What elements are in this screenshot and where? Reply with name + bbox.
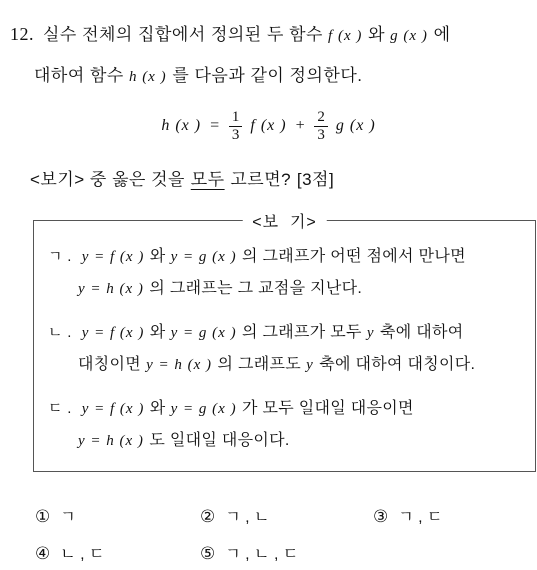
math-run: y	[306, 357, 314, 373]
bogi-item-digeut: ㄷ .y = f (x )와y = g (x )가 모두 일대일 대응이면 y …	[48, 393, 527, 457]
choice-circled-number: ①	[35, 507, 50, 526]
math-run: y = f (x )	[82, 401, 145, 417]
item-line: 대칭이면y = h (x )의 그래프도y축에 대하여 대칭이다.	[78, 349, 527, 381]
bogi-item-nieun: ㄴ .y = f (x )와y = g (x )의 그래프가 모두y축에 대하여…	[48, 317, 527, 381]
underlined-text: 모두	[191, 170, 225, 189]
choice-text: ㄱ , ㄴ	[225, 509, 269, 526]
fraction-two-thirds: 2 3	[314, 109, 328, 144]
fraction-numerator: 2	[314, 109, 328, 127]
item-line: ㄱ .y = f (x )와y = g (x )의 그래프가 어떤 점에서 만나…	[48, 241, 527, 273]
item-line: ㄴ .y = f (x )와y = g (x )의 그래프가 모두y축에 대하여	[48, 317, 527, 349]
question-line-2: 대하여 함수h (x )를 다음과 같이 정의한다.	[34, 56, 531, 97]
math-run: y = g (x )	[171, 325, 237, 341]
choice-text: ㄱ	[60, 509, 75, 526]
question-line-1: 12.실수 전체의 집합에서 정의된 두 함수f (x )와g (x )에	[10, 14, 531, 56]
item-label: ㄱ .	[48, 248, 72, 265]
item-text: y = h (x )도 일대일 대응이다.	[78, 432, 290, 449]
bogi-box: <보 기> ㄱ .y = f (x )와y = g (x )의 그래프가 어떤 …	[33, 220, 536, 472]
text-run: 와	[150, 324, 166, 341]
choice-text: ㄱ , ㄷ	[398, 509, 442, 526]
choice-circled-number: ⑤	[200, 544, 215, 563]
choice-3: ③ㄱ , ㄷ	[373, 504, 537, 527]
plus-sign: +	[295, 117, 307, 135]
math-run: h (x )	[129, 69, 167, 85]
text-run: 축에 대하여 대칭이다.	[319, 356, 475, 373]
fraction-denominator: 3	[314, 127, 328, 144]
item-label: ㄴ .	[48, 324, 72, 341]
text-run: 의 그래프가 어떤 점에서 만나면	[242, 248, 466, 265]
bogi-item-giyeok: ㄱ .y = f (x )와y = g (x )의 그래프가 어떤 점에서 만나…	[48, 241, 527, 305]
math-run: f (x )	[328, 28, 362, 44]
question-line2-text: 대하여 함수h (x )를 다음과 같이 정의한다.	[34, 66, 362, 85]
formula-lhs: h (x )	[161, 117, 201, 135]
formula-term-f: f (x )	[250, 117, 286, 135]
math-run: y = f (x )	[82, 325, 145, 341]
choice-5: ⑤ㄱ , ㄴ , ㄷ	[200, 541, 373, 564]
text-run: 의 그래프는 그 교점을 지난다.	[149, 280, 362, 297]
math-run: y = f (x )	[82, 249, 145, 265]
text-run: 와	[368, 25, 385, 44]
fraction-denominator: 3	[229, 127, 243, 144]
item-text: y = f (x )와y = g (x )가 모두 일대일 대응이면	[82, 400, 414, 417]
item-text: y = f (x )와y = g (x )의 그래프가 어떤 점에서 만나면	[82, 248, 466, 265]
definition-formula: h (x ) = 1 3 f (x ) + 2 3 g (x )	[0, 103, 537, 149]
choice-text: ㄴ , ㄷ	[60, 546, 104, 563]
text-run: 대칭이면	[78, 356, 141, 373]
math-run: y = g (x )	[171, 249, 237, 265]
fraction-numerator: 1	[229, 109, 243, 127]
choice-circled-number: ④	[35, 544, 50, 563]
math-run: g (x )	[390, 28, 428, 44]
choice-circled-number: ②	[200, 507, 215, 526]
formula-term-g: g (x )	[336, 117, 376, 135]
item-text: 대칭이면y = h (x )의 그래프도y축에 대하여 대칭이다.	[78, 356, 475, 373]
text-run: 와	[150, 400, 166, 417]
text-run: 의 그래프도	[218, 356, 302, 373]
choice-4: ④ㄴ , ㄷ	[35, 541, 200, 564]
item-label: ㄷ .	[48, 400, 72, 417]
question-stem: 12.실수 전체의 집합에서 정의된 두 함수f (x )와g (x )에 대하…	[10, 14, 531, 97]
choice-1: ①ㄱ	[35, 504, 200, 527]
choice-text: ㄱ , ㄴ , ㄷ	[225, 546, 298, 563]
item-line: y = h (x )의 그래프는 그 교점을 지난다.	[78, 273, 527, 305]
item-text: y = f (x )와y = g (x )의 그래프가 모두y축에 대하여	[82, 324, 464, 341]
choice-circled-number: ③	[373, 507, 388, 526]
choice-2: ②ㄱ , ㄴ	[200, 504, 373, 527]
text-run: 대하여 함수	[34, 66, 124, 85]
fraction-one-third: 1 3	[229, 109, 243, 144]
text-run: 를 다음과 같이 정의한다.	[172, 66, 362, 85]
text-run: 도 일대일 대응이다.	[149, 432, 289, 449]
math-run: y = g (x )	[171, 401, 237, 417]
text-run: [3점]	[297, 170, 334, 189]
text-run: 와	[150, 248, 166, 265]
math-run: y	[367, 325, 375, 341]
exam-question-page: 12.실수 전체의 집합에서 정의된 두 함수f (x )와g (x )에 대하…	[0, 14, 537, 564]
text-run: 에	[434, 25, 451, 44]
item-text: y = h (x )의 그래프는 그 교점을 지난다.	[78, 280, 362, 297]
text-run: 실수 전체의 집합에서 정의된 두 함수	[43, 25, 323, 44]
text-run: <보기> 중 옳은 것을	[30, 170, 185, 189]
math-run: y = h (x )	[78, 433, 144, 449]
text-run: 가 모두 일대일 대응이면	[242, 400, 414, 417]
item-line: y = h (x )도 일대일 대응이다.	[78, 425, 527, 457]
question-prompt: <보기> 중 옳은 것을모두고르면?[3점]	[30, 165, 537, 190]
answer-choices: ①ㄱ ②ㄱ , ㄴ ③ㄱ , ㄷ ④ㄴ , ㄷ ⑤ㄱ , ㄴ , ㄷ	[35, 504, 537, 564]
math-run: y = h (x )	[146, 357, 212, 373]
bogi-box-title: <보 기>	[242, 209, 327, 232]
math-run: y = h (x )	[78, 281, 144, 297]
question-number: 12.	[10, 24, 34, 44]
text-run: 고르면?	[230, 170, 291, 189]
text-run: 의 그래프가 모두	[242, 324, 362, 341]
text-run: 축에 대하여	[380, 324, 464, 341]
equals-sign: =	[209, 117, 221, 135]
question-line1-text: 실수 전체의 집합에서 정의된 두 함수f (x )와g (x )에	[43, 25, 451, 44]
item-line: ㄷ .y = f (x )와y = g (x )가 모두 일대일 대응이면	[48, 393, 527, 425]
